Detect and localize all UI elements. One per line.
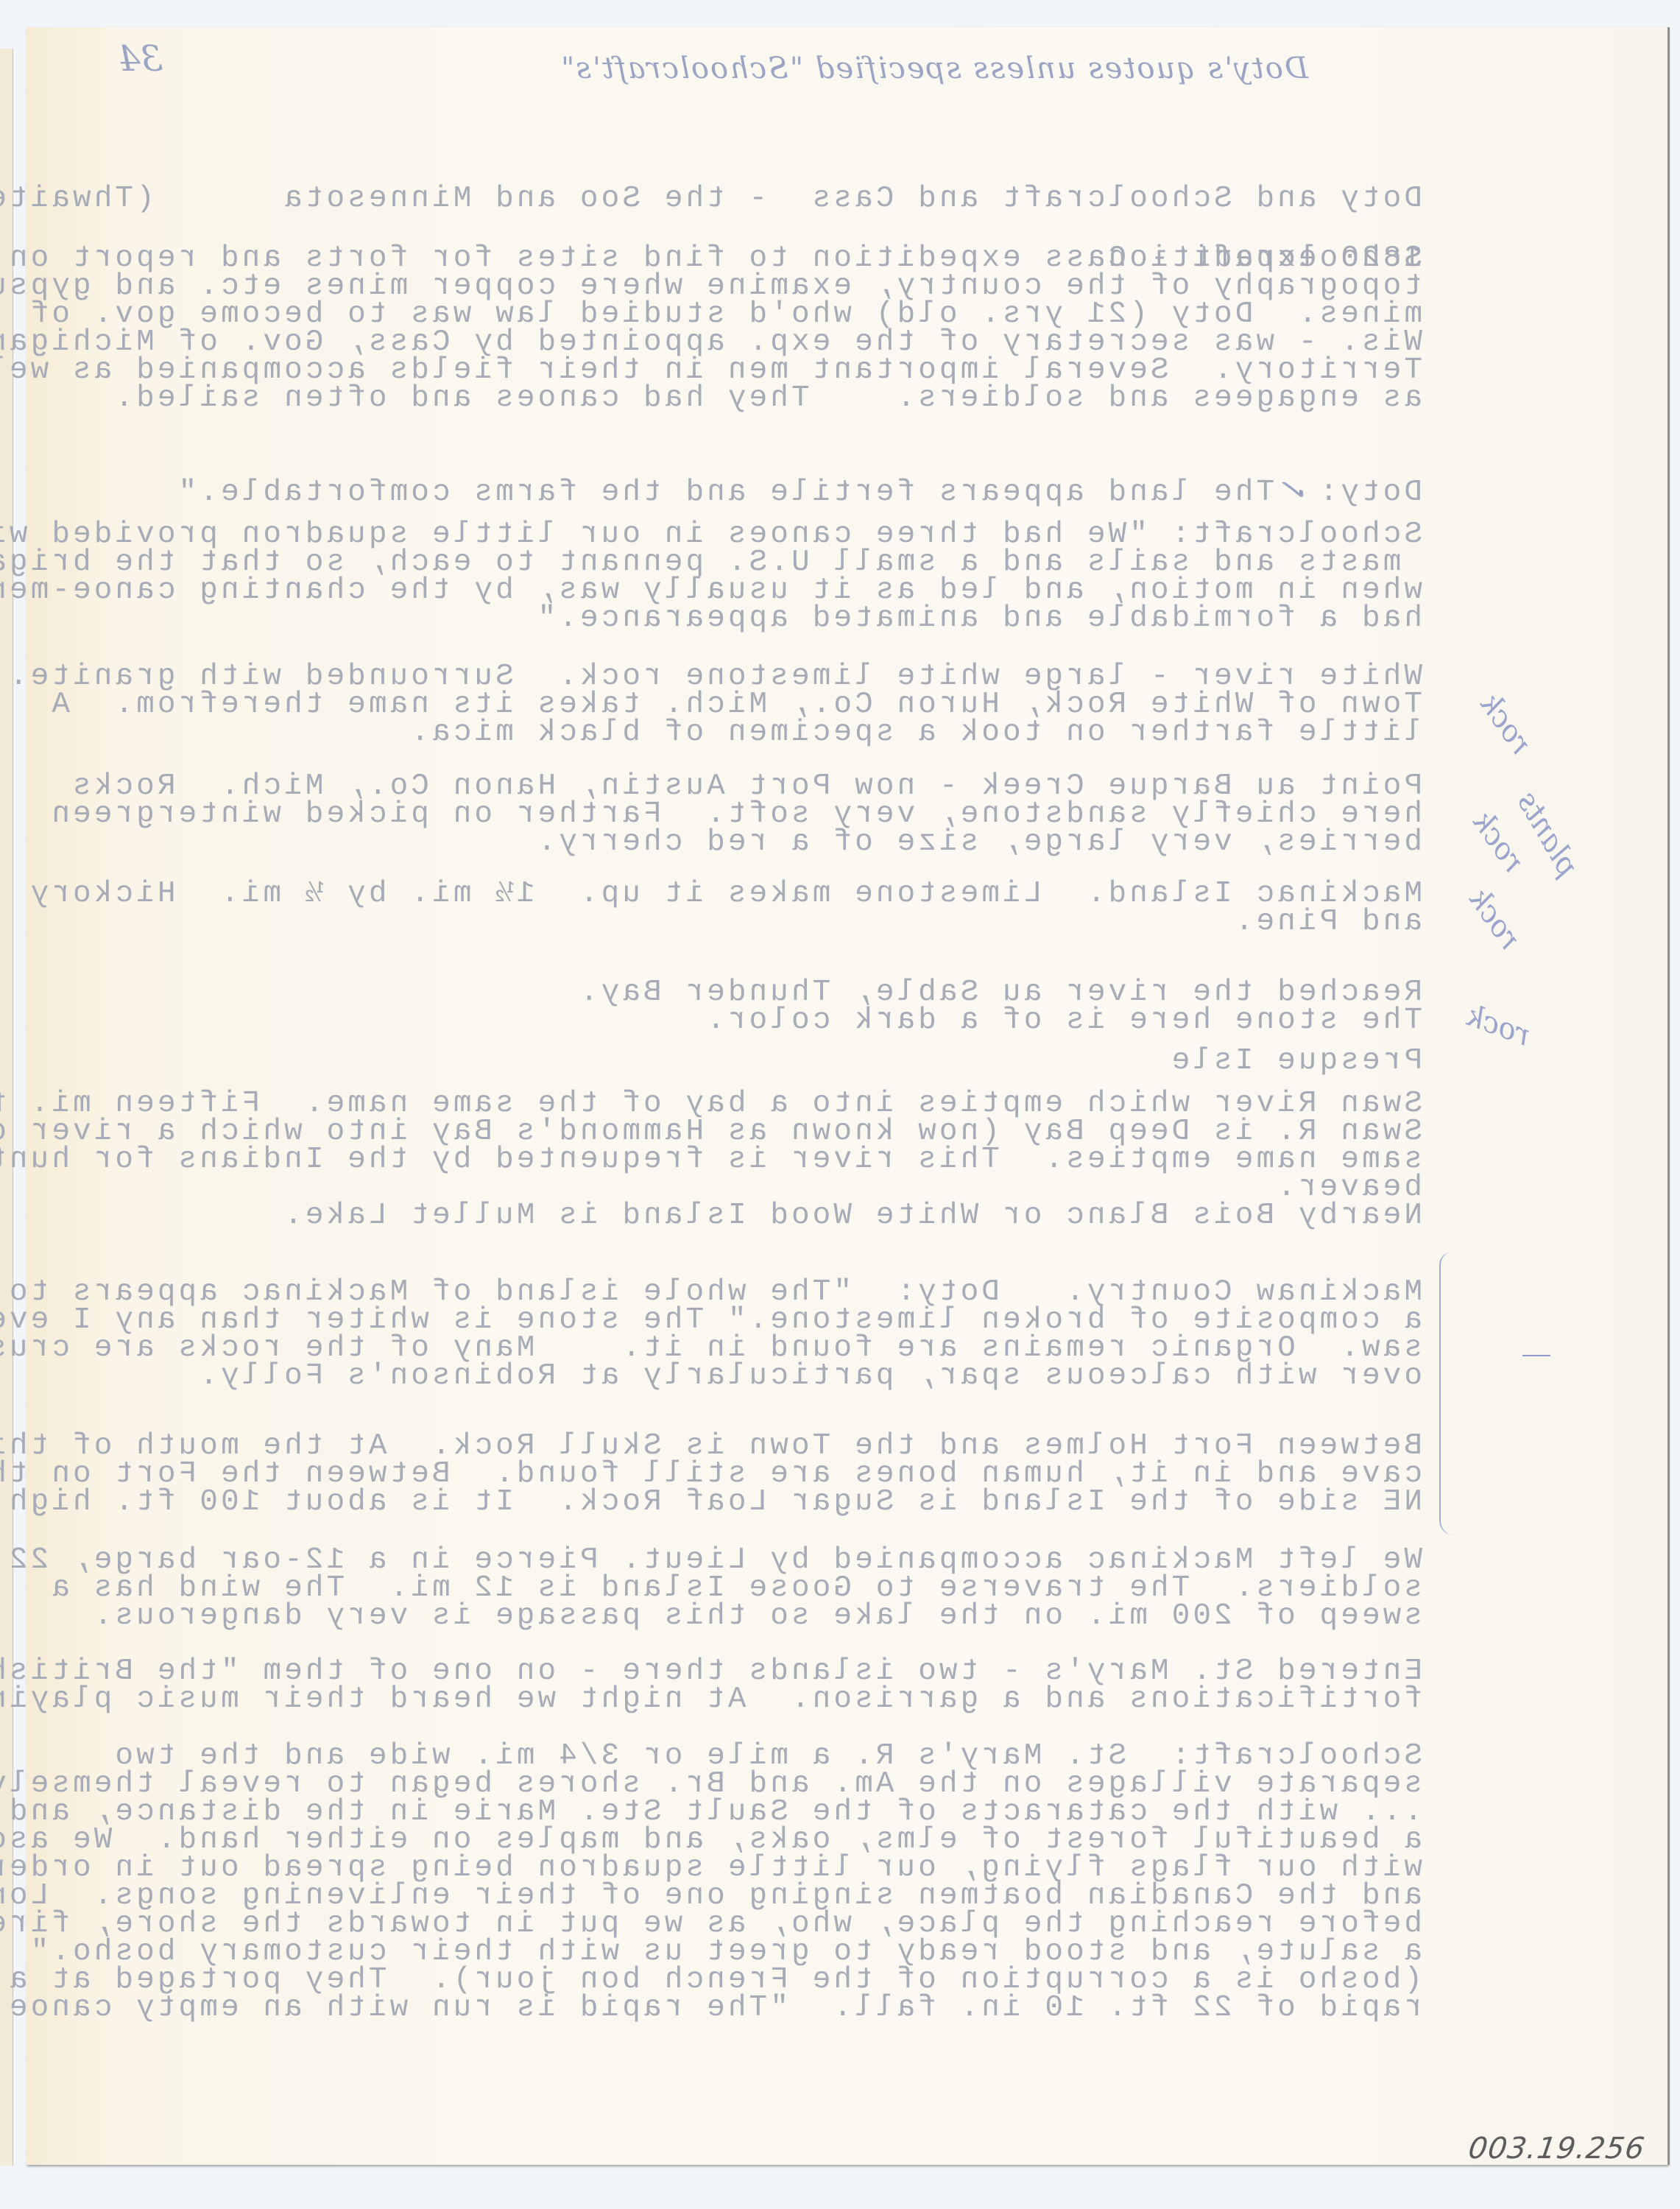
typed-line: Doty: The land appears fertile and the f… — [74, 479, 1422, 507]
typed-line: a salute, and stood ready to greet us wi… — [74, 1938, 1422, 1966]
margin-bracket — [1439, 1252, 1470, 1535]
typed-line: berries, very large, size of a red cherr… — [74, 828, 1422, 856]
typed-line: mines. Doty (21 yrs. old) who'd studied … — [74, 300, 1422, 328]
paragraph-mackinaw-country: Mackinaw Country. Doty: "The whole islan… — [74, 1278, 1422, 1390]
typed-line: Territory. Several important men in thei… — [74, 356, 1422, 384]
paragraph-skull-rock: Between Fort Holmes and the Town is Skul… — [74, 1432, 1422, 1516]
paragraph-schoolcraft-st-marys: Schoolcraft: St. Mary's R. a mile or 3/4… — [74, 1742, 1422, 2022]
typed-line: Town of White Rock, Huron Co., Mich. tak… — [74, 691, 1422, 719]
paragraph-au-sable: Reached the river au Sable, Thunder Bay.… — [74, 979, 1422, 1035]
paragraph-presque-isle: Presque Isle — [74, 1047, 1422, 1075]
typed-line: and the Canadian boatmen singing one of … — [74, 1882, 1422, 1910]
paragraph-left-mackinac: We left Mackinac accompanied by Lieut. P… — [74, 1546, 1422, 1630]
typed-line: here chiefly sandstone, very soft. Farth… — [74, 800, 1422, 828]
typed-line: Nearby Bois Blanc or White Wood Island i… — [74, 1202, 1422, 1230]
paragraph-white-river: White river - large white limestone rock… — [74, 663, 1422, 747]
paragraph-schoolcraft-canoes: Schoolcraft: "We had three canoes in our… — [74, 521, 1422, 633]
typed-line: same name empties. This river is frequen… — [74, 1146, 1422, 1174]
check-mark-icon: ✓ — [1280, 470, 1313, 511]
paragraph-mackinac-island: Mackinac Island. Limestone makes it up. … — [74, 880, 1422, 936]
typed-line: separate villages on the Am. and Br. sho… — [74, 1770, 1422, 1798]
typed-line: over with calceous spar, particularly at… — [74, 1362, 1422, 1390]
typed-line: Mackinac Island. Limestone makes it up. … — [74, 880, 1422, 908]
typed-line: masts and sails and a small U.S. pennant… — [74, 549, 1422, 577]
typed-line: Between Fort Holmes and the Town is Skul… — [74, 1432, 1422, 1460]
typed-line: Swan R. is Deep Bay (now known as Hammon… — [74, 1118, 1422, 1146]
typed-line: Schoolcraft - Cass expedition to find si… — [74, 244, 1422, 272]
paragraph-expedition-overview: Schoolcraft - Cass expedition to find si… — [74, 244, 1422, 412]
typed-line: topography of the country, examine where… — [74, 272, 1422, 300]
typed-line: Point au Barque Creek - now Port Austin,… — [74, 772, 1422, 800]
typed-line: NE side of the Island is Sugar Loaf Rock… — [74, 1488, 1422, 1516]
header-note-block: Doty's quotes unless specified "Schoolcr… — [74, 52, 1422, 85]
typed-line: a beautiful forest of elms, oaks, and ma… — [74, 1826, 1422, 1854]
typed-line: Entered St. Mary's - two islands there -… — [74, 1657, 1422, 1685]
typed-line: saw. Organic remains are found in it. Ma… — [74, 1334, 1422, 1362]
typed-line: Presque Isle — [74, 1047, 1422, 1075]
typed-line: before reaching the place, who, as we pu… — [74, 1910, 1422, 1938]
typed-line: Schoolcraft: "We had three canoes in our… — [74, 521, 1422, 549]
typed-line: fortifications and a garrison. At night … — [74, 1685, 1422, 1713]
typed-line: White river - large white limestone rock… — [74, 663, 1422, 691]
typed-line: Swan River which empties into a bay of t… — [74, 1090, 1422, 1118]
paragraph-doty-land: Doty: The land appears fertile and the f… — [74, 479, 1422, 507]
typed-line: Mackinaw Country. Doty: "The whole islan… — [74, 1278, 1422, 1306]
margin-dash — [1522, 1355, 1550, 1356]
typed-line: The stone here is of a dark color. — [74, 1007, 1422, 1035]
typed-line: rapid of 22 ft. 10 in. fall. "The rapid … — [74, 1994, 1422, 2022]
paragraph-point-au-barque: Point au Barque Creek - now Port Austin,… — [74, 772, 1422, 856]
typed-line: beaver. — [74, 1174, 1422, 1202]
typed-line: sweep of 200 mi. on the lake so this pas… — [74, 1602, 1422, 1630]
typed-line: Wis. - was secretary of the exp. appoint… — [74, 328, 1422, 356]
typed-line: Reached the river au Sable, Thunder Bay. — [74, 979, 1422, 1007]
typed-line: as engagees and soldiers. They had canoe… — [74, 384, 1422, 412]
paragraph-swan-river: Swan River which empties into a bay of t… — [74, 1090, 1422, 1230]
typed-line: with our flags flying, our little squadr… — [74, 1854, 1422, 1882]
typed-line: and Pine. — [74, 908, 1422, 936]
typed-line: cave and in it, human bones are still fo… — [74, 1460, 1422, 1488]
typed-line: Schoolcraft: St. Mary's R. a mile or 3/4… — [74, 1742, 1422, 1770]
typed-line: (bosho is a corruption of the French bon… — [74, 1966, 1422, 1994]
catalog-number: 003.19.256 — [1467, 2132, 1647, 2166]
header-note: Doty's quotes unless specified "Schoolcr… — [74, 52, 1422, 85]
typed-line: soldiers. The traverse to Goose Island i… — [74, 1574, 1422, 1602]
typed-line: We left Mackinac accompanied by Lieut. P… — [74, 1546, 1422, 1574]
typed-line: when in motion, and led as it usually wa… — [74, 577, 1422, 605]
typed-line: ... with the cataracts of the Sault Ste.… — [74, 1798, 1422, 1826]
paragraph-st-marys: Entered St. Mary's - two islands there -… — [74, 1657, 1422, 1713]
typed-line: little farther on took a specimen of bla… — [74, 719, 1422, 747]
typed-line: a composite of broken limestone." The st… — [74, 1306, 1422, 1334]
typed-line: had a formidable and animated appearance… — [74, 605, 1422, 633]
